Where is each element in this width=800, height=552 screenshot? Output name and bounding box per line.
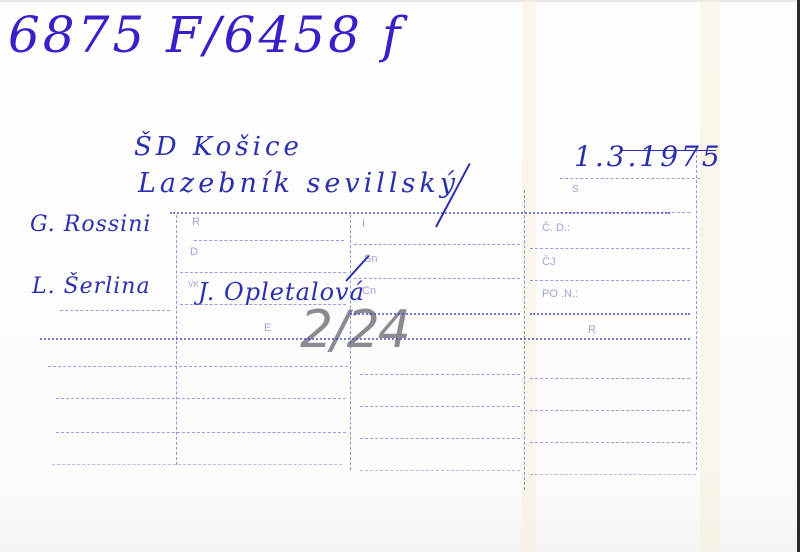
form-row-line [56,398,346,399]
form-rule [530,248,690,249]
form-date-box-rule [560,178,700,179]
form-row-line [52,464,342,465]
date: 1.3.1975 [574,140,723,173]
form-label-cj: ČJ [542,256,555,268]
form-row-line [530,410,690,411]
form-rule [180,304,346,305]
form-rule [194,240,344,241]
form-row-line [530,378,690,379]
work-title: Lazebník sevillský [138,168,459,199]
paper-fold-band [700,0,720,552]
form-label-top-right: S [572,184,579,195]
pencil-annotation: 2/24 [300,300,409,360]
form-rule [60,310,170,311]
form-label-r-top: R [192,216,200,228]
card-top-edge [0,0,800,2]
form-label-sn: Sn [364,253,377,265]
form-label-cd: Č. D.: [542,222,570,234]
form-rule [354,244,520,245]
form-mid-rule [530,313,690,315]
form-label-e: E [264,322,271,334]
form-column-divider [350,215,351,470]
form-row-line [360,470,520,471]
form-label-col3-top: I [362,218,365,230]
form-column-divider [524,190,525,490]
form-row-line [56,432,346,433]
form-row-line [360,374,520,375]
composer-name: G. Rossini [30,212,151,237]
form-mid-rule [40,338,690,340]
form-rule [354,278,520,279]
date-overline [620,150,716,151]
form-row-line [530,474,696,475]
archive-index-card: 6875 F/6458 f ŠD Košice Lazebník sevills… [0,0,800,552]
form-label-r-bottom: R [588,324,596,336]
form-label-vk: VK [188,280,199,289]
form-column-divider [176,215,177,465]
translator-name: L. Šerlina [32,274,151,299]
form-rule [180,272,346,273]
form-label-cn: Cn [362,285,376,297]
form-row-line [48,366,348,367]
form-right-border [696,150,697,470]
institution-name: ŠD Košice [134,132,303,162]
catalog-number: 6875 F/6458 f [8,6,403,64]
form-row-line [530,442,690,443]
form-label-d: D [190,246,198,258]
form-rule [530,280,690,281]
form-label-po-n: PO .N.: [542,288,578,300]
form-row-line [360,438,520,439]
form-row-line [360,406,520,407]
form-mid-rule [350,313,520,315]
form-rule [560,212,690,213]
